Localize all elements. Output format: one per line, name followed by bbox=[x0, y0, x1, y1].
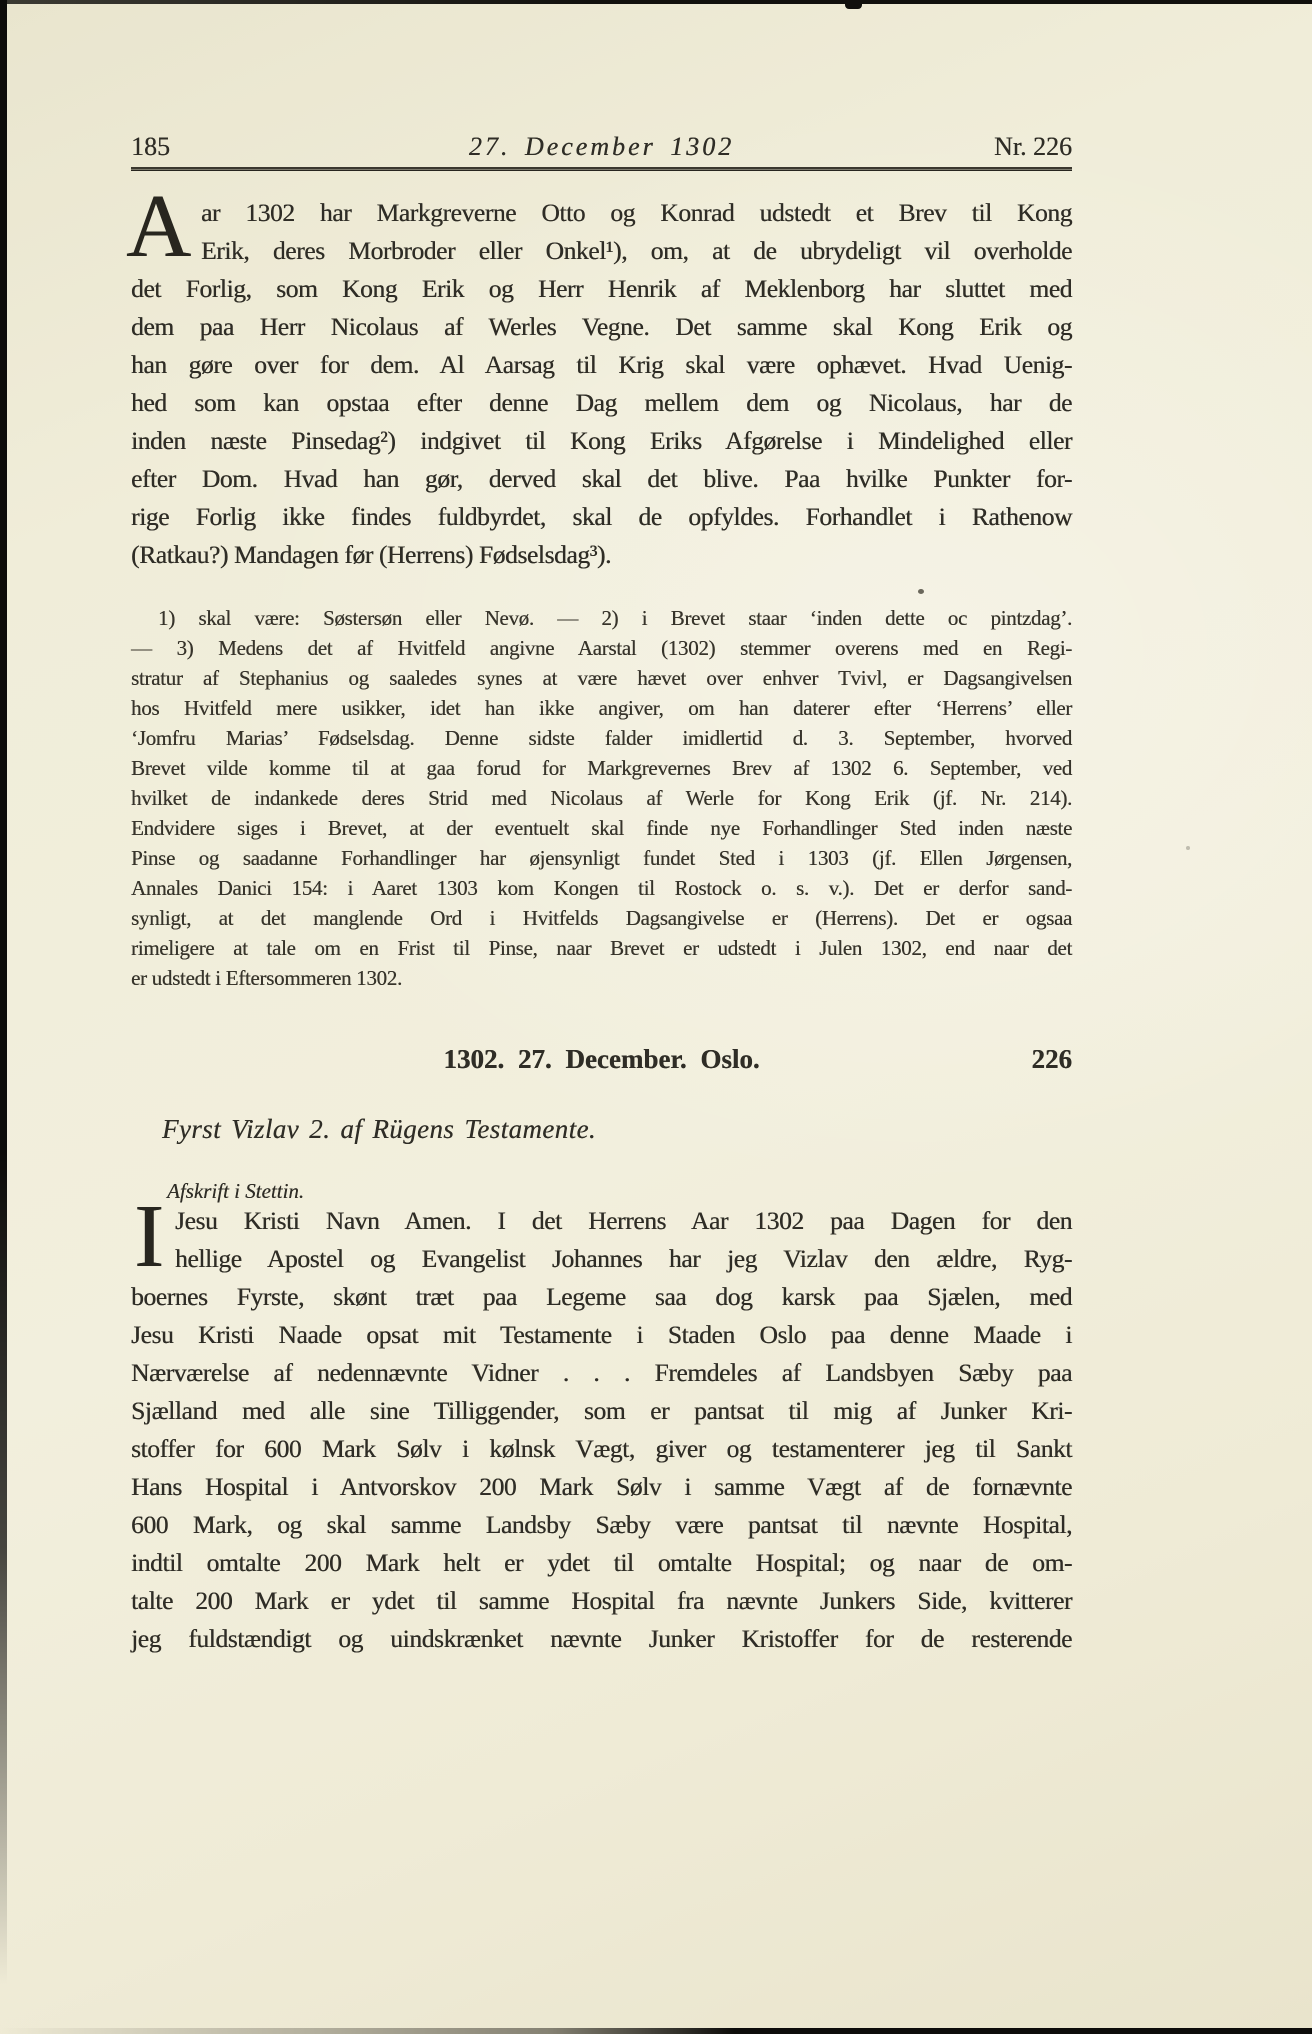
scan-speck bbox=[1186, 846, 1190, 850]
text-line: han gøre over for dem. Al Aarsag til Kri… bbox=[131, 346, 1072, 384]
text-line: rimeligere at tale om en Frist til Pinse… bbox=[131, 933, 1072, 963]
header-rule bbox=[131, 167, 1072, 171]
text-line: er udstedt i Eftersommeren 1302. bbox=[131, 963, 1072, 993]
entry-226-body: Jesu Kristi Navn Amen. I det Herrens Aar… bbox=[131, 1202, 1072, 1658]
text-line: dem paa Herr Nicolaus af Werles Vegne. D… bbox=[131, 308, 1072, 346]
text-line: Hans Hospital i Antvorskov 200 Mark Sølv… bbox=[131, 1468, 1072, 1506]
entry-226-date-place: 1302. 27. December. Oslo. bbox=[131, 1044, 1072, 1074]
text-line: boernes Fyrste, skønt træt paa Legeme sa… bbox=[131, 1278, 1072, 1316]
text-line: talte 200 Mark er ydet til samme Hospita… bbox=[131, 1582, 1072, 1620]
text-line: stratur af Stephanius og saaledes synes … bbox=[131, 663, 1072, 693]
entry-226-heading: 226 1302. 27. December. Oslo. bbox=[131, 1044, 1072, 1074]
text-line: jeg fuldstændigt og uindskrænket nævnte … bbox=[131, 1620, 1072, 1658]
scan-edge-left bbox=[0, 0, 7, 1985]
text-line: synligt, at det manglende Ord i Hvitfeld… bbox=[131, 903, 1072, 933]
text-line: det Forlig, som Kong Erik og Herr Henrik… bbox=[131, 270, 1072, 308]
page-number: 185 bbox=[131, 132, 311, 162]
entry-226-source-note: Afskrift i Stettin. bbox=[167, 1178, 304, 1204]
text-line: Sjælland med alle sine Tilliggender, som… bbox=[131, 1392, 1072, 1430]
scan-edge-notch bbox=[845, 0, 862, 9]
scan-edge-top bbox=[0, 0, 1312, 4]
entry-226-number: 226 bbox=[1032, 1044, 1073, 1074]
entry-225-body: ar 1302 har Markgreverne Otto og Konrad … bbox=[131, 194, 1072, 574]
text-line: Brevet vilde komme til at gaa forud for … bbox=[131, 753, 1072, 783]
text-line: ‘Jomfru Marias’ Fødselsdag. Denne sidste… bbox=[131, 723, 1072, 753]
text-line: hellige Apostel og Evangelist Johannes h… bbox=[131, 1240, 1072, 1278]
text-line: inden næste Pinsedag²) indgivet til Kong… bbox=[131, 422, 1072, 460]
text-line: 600 Mark, og skal samme Landsby Sæby vær… bbox=[131, 1506, 1072, 1544]
entry-number: Nr. 226 bbox=[892, 132, 1072, 162]
text-line: ar 1302 har Markgreverne Otto og Konrad … bbox=[131, 194, 1072, 232]
entry-225-footnotes: 1) skal være: Søstersøn eller Nevø. — 2)… bbox=[131, 603, 1072, 993]
text-line: (Ratkau?) Mandagen før (Herrens) Fødsels… bbox=[131, 536, 1072, 574]
text-line: Erik, deres Morbroder eller Onkel¹), om,… bbox=[131, 232, 1072, 270]
scanned-book-page: 185 27. December 1302 Nr. 226 A ar 1302 … bbox=[0, 0, 1312, 2034]
text-line: hed som kan opstaa efter denne Dag melle… bbox=[131, 384, 1072, 422]
text-line: indtil omtalte 200 Mark helt er ydet til… bbox=[131, 1544, 1072, 1582]
text-line: stoffer for 600 Mark Sølv i kølnsk Vægt,… bbox=[131, 1430, 1072, 1468]
text-line: Jesu Kristi Navn Amen. I det Herrens Aar… bbox=[131, 1202, 1072, 1240]
running-title: 27. December 1302 bbox=[311, 132, 892, 162]
text-line: Endvidere siges i Brevet, at der eventue… bbox=[131, 813, 1072, 843]
text-line: Jesu Kristi Naade opsat mit Testamente i… bbox=[131, 1316, 1072, 1354]
scan-speck bbox=[918, 589, 924, 594]
text-line: Pinse og saadanne Forhandlinger har øjen… bbox=[131, 843, 1072, 873]
text-line: hos Hvitfeld mere usikker, idet han ikke… bbox=[131, 693, 1072, 723]
text-line: rige Forlig ikke findes fuldbyrdet, skal… bbox=[131, 498, 1072, 536]
scan-edge-bottom bbox=[0, 2028, 1312, 2034]
text-line: 1) skal være: Søstersøn eller Nevø. — 2)… bbox=[131, 603, 1072, 633]
entry-226-title: Fyrst Vizlav 2. af Rügens Testamente. bbox=[162, 1114, 596, 1144]
text-line: Nærværelse af nedennævnte Vidner . . . F… bbox=[131, 1354, 1072, 1392]
text-line: hvilket de indankede deres Strid med Nic… bbox=[131, 783, 1072, 813]
text-line: efter Dom. Hvad han gør, derved skal det… bbox=[131, 460, 1072, 498]
text-line: — 3) Medens det af Hvitfeld angivne Aars… bbox=[131, 633, 1072, 663]
running-header: 185 27. December 1302 Nr. 226 bbox=[131, 132, 1072, 162]
text-line: Annales Danici 154: i Aaret 1303 kom Kon… bbox=[131, 873, 1072, 903]
